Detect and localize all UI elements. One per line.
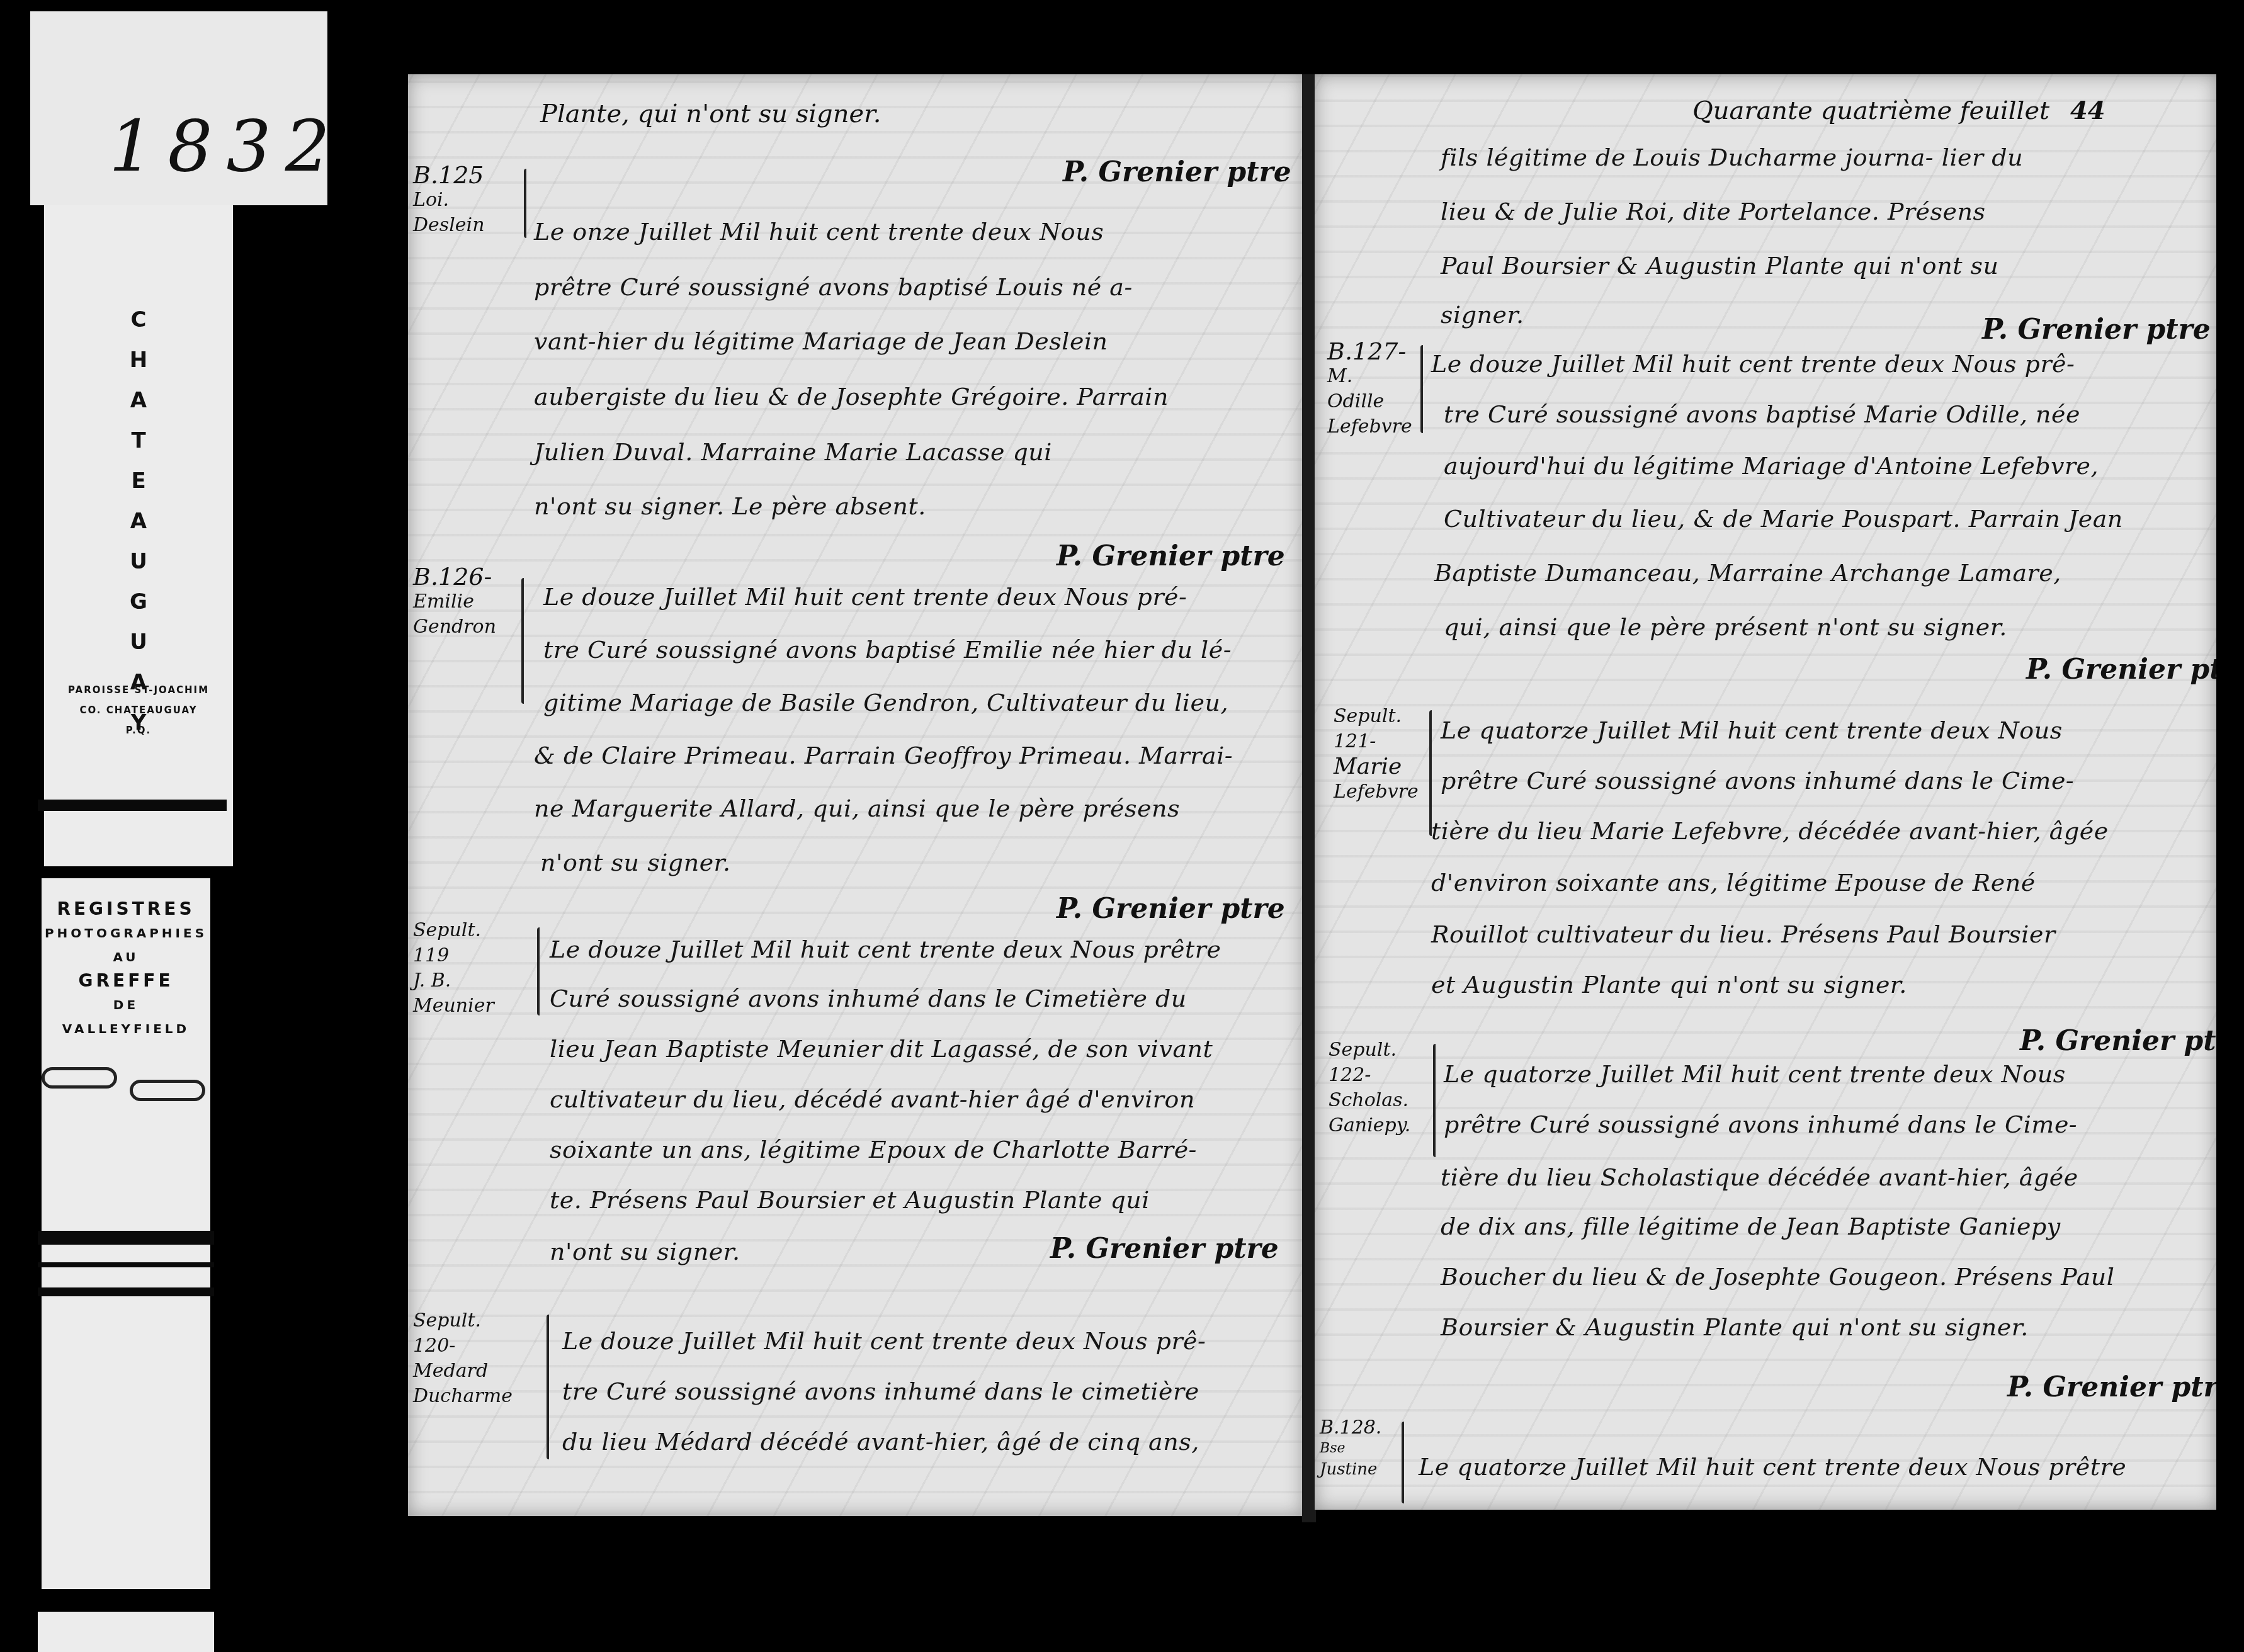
year-label-card: 1832 <box>30 11 327 205</box>
register-label-card: REGISTRES PHOTOGRAPHIES AU GREFFE DE VAL… <box>42 878 210 1589</box>
entry-line: Le douze Juillet Mil huit cent trente de… <box>543 583 1187 611</box>
entry-line: n'ont su signer. Le père absent. <box>534 492 926 520</box>
carry-over-line: Paul Boursier & Augustin Plante qui n'on… <box>1441 252 1998 280</box>
entry-brace <box>547 1315 549 1459</box>
priest-signature: P. Grenier ptre <box>1057 893 1285 925</box>
entry-margin-note: Sepult. 122- Scholas. Ganiepy. <box>1329 1038 1410 1138</box>
entry-brace <box>1402 1422 1404 1503</box>
entry-line: Le quatorze Juillet Mil huit cent trente… <box>1419 1453 2126 1481</box>
title-letter: G <box>44 582 233 622</box>
entry-line: n'ont su signer. <box>540 849 731 876</box>
parish-text: PAROISSE ST-JOACHIM CO. CHATEAUGUAY P.Q. <box>44 680 233 869</box>
entry-line: tière du lieu Scholastique décédée avant… <box>1441 1163 2078 1191</box>
entry-margin-note: Sepult. 120- Medard Ducharme <box>413 1308 513 1409</box>
folio-header: Quarante quatrième feuillet 44 <box>1692 96 2105 125</box>
strip-band <box>38 1287 214 1296</box>
paper-clip-icon <box>42 1067 117 1089</box>
entry-line: gitime Mariage de Basile Gendron, Cultiv… <box>543 689 1228 716</box>
entry-line: Boucher du lieu & de Josephte Gougeon. P… <box>1441 1263 2114 1291</box>
entry-margin-note: Sepult. 119 J. B. Meunier <box>413 918 494 1019</box>
entry-line: Le quatorze Juillet Mil huit cent trente… <box>1444 1060 2066 1088</box>
register-line: REGISTRES <box>42 897 210 921</box>
entry-line: Boursier & Augustin Plante qui n'ont su … <box>1441 1313 2029 1341</box>
vertical-title: C H A T E A U G U A Y <box>44 300 233 743</box>
entry-line: aubergiste du lieu & de Josephte Grégoir… <box>534 383 1169 410</box>
register-page-right: Quarante quatrième feuillet 44 fils légi… <box>1315 74 2216 1510</box>
title-letter: U <box>44 622 233 662</box>
priest-signature: P. Grenier ptre <box>2020 1025 2216 1057</box>
entry-line: tière du lieu Marie Lefebvre, décédée av… <box>1431 817 2109 845</box>
entry-line: tre Curé soussigné avons baptisé Emilie … <box>543 636 1232 664</box>
entry-brace <box>521 578 524 704</box>
register-line: VALLEYFIELD <box>42 1017 210 1041</box>
title-letter: A <box>44 380 233 421</box>
entry-brace <box>537 927 540 1016</box>
entry-line: Rouillot cultivateur du lieu. Présens Pa… <box>1431 920 2056 948</box>
carry-over-text: Plante, qui n'ont su signer. <box>540 99 881 128</box>
entry-margin-note: Sepult. 121- Marie Lefebvre <box>1334 704 1419 805</box>
book-gutter <box>1302 74 1316 1522</box>
register-page-left: Plante, qui n'ont su signer. P. Grenier … <box>408 74 1303 1516</box>
entry-line: Baptiste Dumanceau, Marraine Archange La… <box>1434 559 2061 587</box>
entry-brace <box>1433 1044 1436 1157</box>
divider-band <box>38 800 227 811</box>
entry-line: & de Claire Primeau. Parrain Geoffroy Pr… <box>534 742 1233 769</box>
entry-line: soixante un ans, légitime Epoux de Charl… <box>550 1136 1197 1163</box>
priest-signature: P. Grenier ptre <box>1057 540 1285 572</box>
province: P.Q. <box>44 720 233 740</box>
priest-signature: P. Grenier ptre <box>1063 156 1291 188</box>
entry-line: Le douze Juillet Mil huit cent trente de… <box>550 936 1221 963</box>
title-letter: U <box>44 541 233 582</box>
entry-line: Curé soussigné avons inhumé dans le Cime… <box>550 985 1187 1012</box>
priest-signature: P. Grenier ptre <box>2026 653 2216 686</box>
entry-line: tre Curé soussigné avons baptisé Marie O… <box>1444 400 2080 428</box>
bottom-label-card <box>38 1612 214 1652</box>
entry-brace <box>524 169 526 238</box>
entry-line: lieu Jean Baptiste Meunier dit Lagassé, … <box>550 1035 1213 1063</box>
carry-over-line: fils légitime de Louis Ducharme journa- … <box>1441 144 2023 171</box>
entry-brace <box>1420 345 1423 433</box>
entry-line: Cultivateur du lieu, & de Marie Pouspart… <box>1444 505 2123 533</box>
register-line: DE <box>42 993 210 1017</box>
entry-line: prêtre Curé soussigné avons inhumé dans … <box>1444 1111 2077 1138</box>
priest-signature: P. Grenier ptre <box>1050 1233 1279 1265</box>
entry-margin-note: B.127- M. Odille Lefebvre <box>1327 339 1412 439</box>
entry-margin-note: B.128. Bse Justine <box>1320 1415 1381 1482</box>
entry-line: te. Présens Paul Boursier et Augustin Pl… <box>550 1186 1150 1214</box>
entry-line: Le quatorze Juillet Mil huit cent trente… <box>1441 716 2063 744</box>
entry-line: prêtre Curé soussigné avons inhumé dans … <box>1441 767 2074 795</box>
entry-line: qui, ainsi que le père présent n'ont su … <box>1444 613 2007 641</box>
register-line: GREFFE <box>42 969 210 993</box>
strip-band <box>38 1231 214 1245</box>
folio-number: 44 <box>2070 96 2105 125</box>
strip-band <box>38 1262 214 1267</box>
entry-line: Le douze Juillet Mil huit cent trente de… <box>562 1327 1206 1355</box>
entry-margin-note: B.126- Emilie Gendron <box>413 564 496 640</box>
register-line: AU <box>42 945 210 969</box>
register-label-text: REGISTRES PHOTOGRAPHIES AU GREFFE DE VAL… <box>42 897 210 1041</box>
title-letter: A <box>44 501 233 541</box>
entry-line: aujourd'hui du légitime Mariage d'Antoin… <box>1444 452 2099 480</box>
folio-title: Quarante quatrième feuillet <box>1692 96 2049 125</box>
paper-clip-icon <box>130 1080 205 1101</box>
register-line: PHOTOGRAPHIES <box>42 921 210 945</box>
entry-margin-note: B.125 Loi. Deslein <box>413 162 484 238</box>
priest-signature: P. Grenier ptre <box>2007 1371 2216 1403</box>
parish-name: PAROISSE ST-JOACHIM <box>44 680 233 700</box>
entry-line: cultivateur du lieu, décédé avant-hier â… <box>550 1085 1195 1113</box>
entry-line: Le douze Juillet Mil huit cent trente de… <box>1431 350 2075 378</box>
entry-line: Le onze Juillet Mil huit cent trente deu… <box>534 218 1104 246</box>
entry-line: n'ont su signer. <box>550 1238 740 1265</box>
entry-line: tre Curé soussigné avons inhumé dans le … <box>562 1378 1199 1405</box>
year-label: 1832 <box>109 106 344 188</box>
entry-line: de dix ans, fille légitime de Jean Bapti… <box>1441 1213 2061 1240</box>
entry-line: et Augustin Plante qui n'ont su signer. <box>1431 971 1907 999</box>
entry-line: d'environ soixante ans, légitime Epouse … <box>1431 869 2036 897</box>
title-letter: E <box>44 461 233 501</box>
county-name: CO. CHATEAUGUAY <box>44 700 233 720</box>
carry-over-line: signer. <box>1441 301 1524 329</box>
title-letter: T <box>44 421 233 461</box>
entry-line: Julien Duval. Marraine Marie Lacasse qui <box>534 438 1052 466</box>
entry-line: du lieu Médard décédé avant-hier, âgé de… <box>562 1428 1199 1456</box>
title-letter: H <box>44 340 233 380</box>
entry-line: prêtre Curé soussigné avons baptisé Loui… <box>534 273 1133 301</box>
priest-signature: P. Grenier ptre <box>1982 314 2211 346</box>
entry-line: vant-hier du légitime Mariage de Jean De… <box>534 327 1108 355</box>
title-letter: C <box>44 300 233 340</box>
carry-over-line: lieu & de Julie Roi, dite Portelance. Pr… <box>1441 198 1986 225</box>
entry-line: ne Marguerite Allard, qui, ainsi que le … <box>534 795 1180 822</box>
